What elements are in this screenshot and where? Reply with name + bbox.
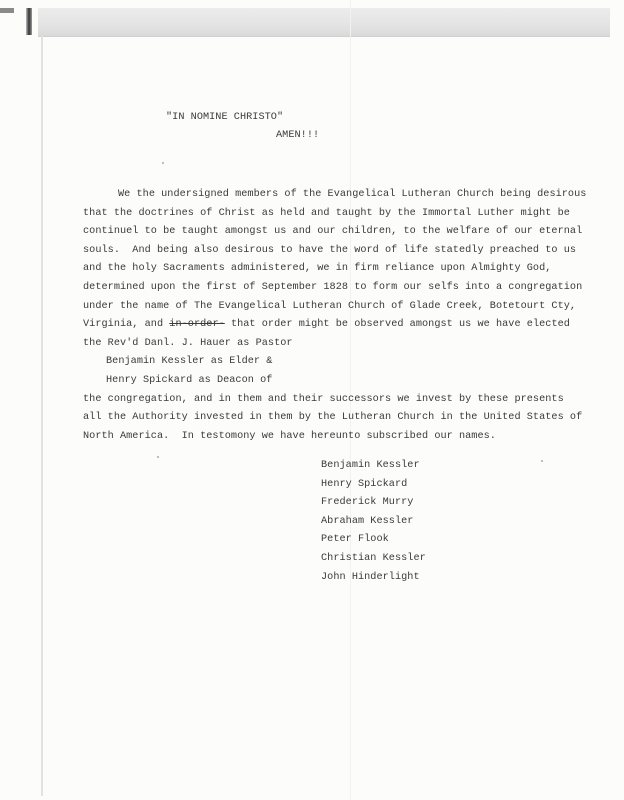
signature-name: Abraham Kessler [321,513,426,532]
signature-name: Christian Kessler [321,550,426,569]
document-page: "IN NOMINE CHRISTO" AMEN!!! We the under… [0,0,624,800]
document-subheading: AMEN!!! [276,130,319,141]
virginia-text-after: that order might be observed amongst us … [225,319,570,330]
body-line: We the undersigned members of the Evange… [83,186,586,205]
signature-name: Peter Flook [321,531,426,550]
body-line: continuel to be taught amongst us and ou… [83,223,586,242]
pastor-line: the Rev'd Danl. J. Hauer as Pastor [83,335,586,354]
body-line: under the name of The Evangelical Luther… [83,298,586,317]
body-line: all the Authority invested in them by th… [83,409,586,428]
deacon-line: Henry Spickard as Deacon of [83,372,586,391]
signature-name: John Hinderlight [321,569,426,588]
struck-text: in-order- [169,319,224,330]
body-line: North America. In testomony we have here… [83,428,586,447]
signature-name: Frederick Murry [321,494,426,513]
elder-line: Benjamin Kessler as Elder & [83,353,586,372]
virginia-text-before: Virginia, and [83,319,169,330]
document-heading: "IN NOMINE CHRISTO" [166,112,283,123]
body-line: and the holy Sacraments administered, we… [83,260,586,279]
document-body: We the undersigned members of the Evange… [83,186,586,446]
signature-name: Benjamin Kessler [321,457,426,476]
body-line: that the doctrines of Christ as held and… [83,205,586,224]
body-line: determined upon the first of September 1… [83,279,586,298]
signature-list: Benjamin Kessler Henry Spickard Frederic… [321,457,426,587]
body-line: souls. And being also desirous to have t… [83,242,586,261]
body-line: the congregation, and in them and their … [83,391,586,410]
body-line-virginia: Virginia, and in-order- that order might… [83,316,586,335]
signature-name: Henry Spickard [321,476,426,495]
